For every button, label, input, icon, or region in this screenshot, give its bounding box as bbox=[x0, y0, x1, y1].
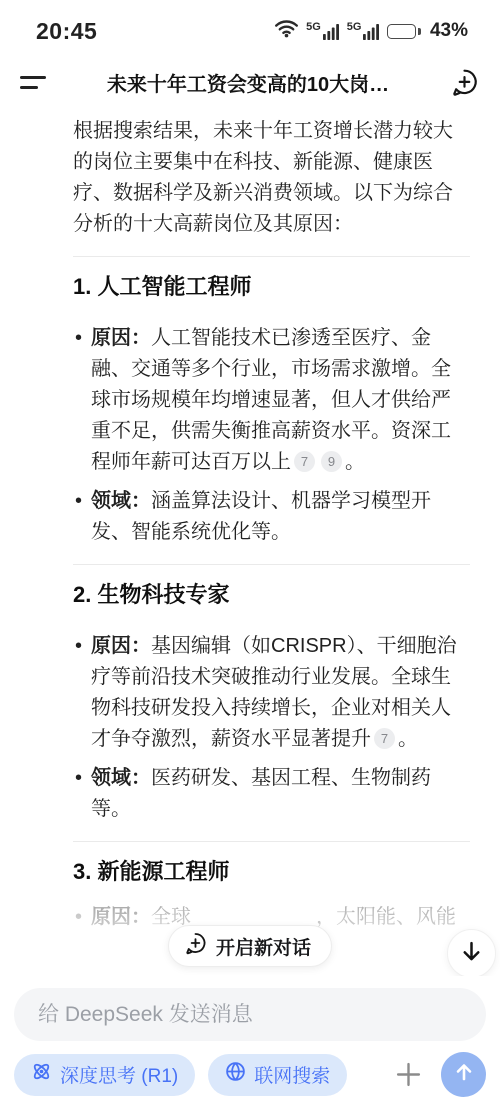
status-icons: 5G 5G 43% bbox=[274, 19, 468, 43]
citation-badge[interactable]: 9 bbox=[321, 451, 342, 472]
list-item: 领域：医药研发、基因工程、生物制药等。 bbox=[73, 763, 470, 825]
bullet-list: 原因：人工智能技术已渗透至医疗、金融、交通等多个行业，市场需求激增。全球市场规模… bbox=[73, 323, 470, 548]
bullet-label: 领域： bbox=[91, 767, 151, 789]
message-input[interactable] bbox=[14, 988, 486, 1041]
deep-think-toggle[interactable]: 深度思考 (R1) bbox=[14, 1054, 195, 1096]
section-divider bbox=[73, 841, 470, 842]
cellular-signal-1-icon: 5G bbox=[306, 22, 340, 40]
scroll-to-bottom-button[interactable] bbox=[447, 929, 496, 978]
arrow-up-icon bbox=[452, 1060, 476, 1089]
bullet-suffix: 。 bbox=[345, 451, 365, 473]
section-heading-2: 2. 生物科技专家 bbox=[73, 581, 470, 609]
bullet-label: 原因： bbox=[91, 635, 151, 657]
citation-badge[interactable]: 7 bbox=[294, 451, 315, 472]
status-bar: 20:45 5G 5G bbox=[0, 0, 500, 56]
bullet-list: 原因：基因编辑（如CRISPR）、干细胞治疗等前沿技术突破推动行业发展。全球生物… bbox=[73, 631, 470, 825]
chat-message-area: 根据搜索结果，未来十年工资增长潜力较大的岗位主要集中在科技、新能源、健康医疗、数… bbox=[0, 108, 500, 976]
new-chat-icon[interactable] bbox=[448, 66, 480, 98]
conversation-title: 未来十年工资会变高的10大岗… bbox=[48, 68, 448, 97]
app-header: 未来十年工资会变高的10大岗… bbox=[0, 56, 500, 108]
clock: 20:45 bbox=[36, 18, 97, 45]
send-button[interactable] bbox=[441, 1052, 486, 1097]
citation-badge[interactable]: 7 bbox=[374, 728, 395, 749]
menu-icon[interactable] bbox=[20, 72, 48, 93]
web-search-label: 联网搜索 bbox=[254, 1061, 330, 1088]
bullet-suffix: 。 bbox=[398, 728, 418, 750]
start-new-chat-label: 开启新对话 bbox=[216, 933, 311, 960]
partial-bullet-right: ，太阳能、风能 bbox=[316, 902, 456, 933]
section-heading-1: 1. 人工智能工程师 bbox=[73, 273, 470, 301]
section-divider bbox=[73, 256, 470, 257]
wifi-icon bbox=[274, 19, 299, 43]
deep-think-label: 深度思考 (R1) bbox=[60, 1061, 178, 1088]
list-item: 领域：涵盖算法设计、机器学习模型开发、智能系统优化等。 bbox=[73, 486, 470, 548]
assistant-intro-paragraph: 根据搜索结果，未来十年工资增长潜力较大的岗位主要集中在科技、新能源、健康医疗、数… bbox=[73, 116, 470, 240]
section-divider bbox=[73, 564, 470, 565]
arrow-down-icon bbox=[459, 939, 484, 969]
message-composer: 深度思考 (R1) 联网搜索 bbox=[0, 976, 500, 1107]
5g-badge: 5G bbox=[347, 22, 362, 40]
start-new-chat-button[interactable]: 开启新对话 bbox=[168, 925, 332, 967]
list-item: 原因：人工智能技术已渗透至医疗、金融、交通等多个行业，市场需求激增。全球市场规模… bbox=[73, 323, 470, 478]
cellular-signal-2-icon: 5G bbox=[347, 22, 381, 40]
5g-badge: 5G bbox=[306, 22, 321, 40]
battery-icon bbox=[387, 24, 421, 39]
composer-toolbar: 深度思考 (R1) 联网搜索 bbox=[14, 1052, 486, 1097]
web-search-toggle[interactable]: 联网搜索 bbox=[208, 1054, 347, 1096]
bullet-label: 原因： bbox=[91, 327, 151, 349]
chat-bubble-plus-icon bbox=[183, 931, 208, 961]
section-heading-3: 3. 新能源工程师 bbox=[73, 858, 470, 886]
battery-percent: 43% bbox=[430, 20, 468, 42]
bullet-label: 领域： bbox=[91, 490, 151, 512]
atom-icon bbox=[31, 1061, 52, 1088]
list-item: 原因：基因编辑（如CRISPR）、干细胞治疗等前沿技术突破推动行业发展。全球生物… bbox=[73, 631, 470, 755]
phone-screen: 20:45 5G 5G bbox=[0, 0, 500, 1107]
globe-icon bbox=[225, 1061, 246, 1088]
attach-plus-icon[interactable] bbox=[391, 1058, 425, 1092]
